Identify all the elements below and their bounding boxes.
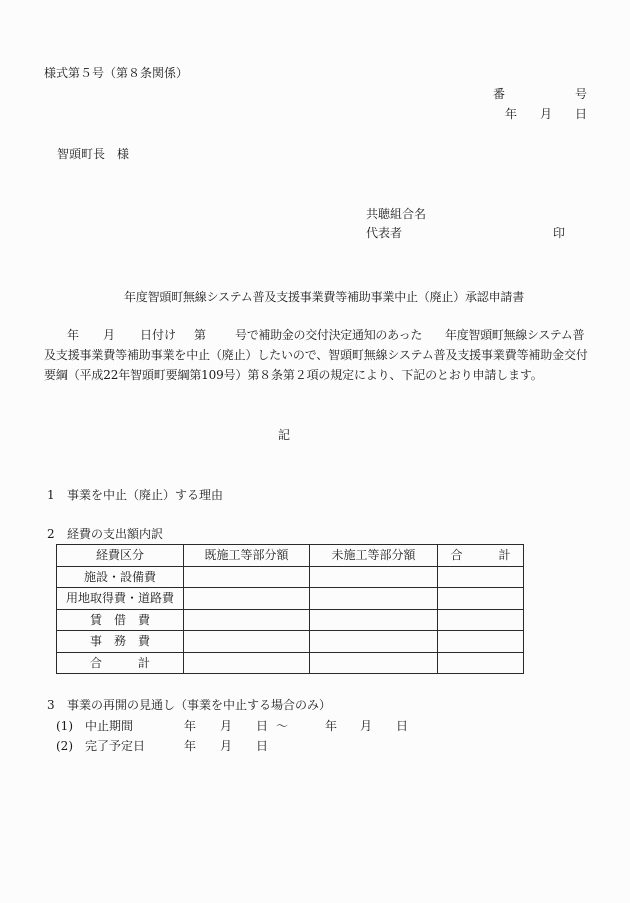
date-month-label: 月 bbox=[540, 107, 552, 121]
table-row: 事 務 費 bbox=[57, 631, 524, 653]
section-3-label: 事業の再開の見通し（事業を中止する場合のみ） bbox=[67, 698, 331, 712]
suspension-to-month: 月 bbox=[360, 719, 372, 733]
cell-uncompleted-amount[interactable] bbox=[310, 609, 438, 631]
document-number-suffix: 号 bbox=[575, 87, 587, 101]
table-row: 施設・設備費 bbox=[57, 566, 524, 588]
applicant-rep-label: 代表者 bbox=[366, 226, 402, 240]
row-category-land-road: 用地取得費・道路費 bbox=[57, 588, 184, 610]
suspension-to-year: 年 bbox=[325, 719, 337, 733]
cell-uncompleted-amount[interactable] bbox=[310, 631, 438, 653]
body-month-label: 月 bbox=[103, 328, 115, 342]
cell-total-amount[interactable] bbox=[438, 588, 524, 610]
date-year-label: 年 bbox=[505, 107, 517, 121]
cell-total-amount[interactable] bbox=[438, 609, 524, 631]
column-header-category: 経費区分 bbox=[57, 545, 184, 567]
suspension-from-day: 日 bbox=[256, 719, 268, 733]
cell-uncompleted-amount[interactable] bbox=[310, 566, 438, 588]
expense-breakdown-table: 経費区分 既施工等部分額 未施工等部分額 合 計 施設・設備費 用地取得費・道路… bbox=[56, 544, 524, 674]
section-2-label: 経費の支出額内訳 bbox=[67, 527, 163, 541]
form-number: 様式第５号（第８条関係） bbox=[44, 66, 188, 80]
cell-completed-amount[interactable] bbox=[184, 566, 310, 588]
body-dai-label: 第 bbox=[194, 328, 206, 342]
suspension-period-label: (1) 中止期間 bbox=[56, 719, 133, 733]
suspension-from-month: 月 bbox=[220, 719, 232, 733]
column-header-completed: 既施工等部分額 bbox=[184, 545, 310, 567]
seal-mark: 印 bbox=[553, 226, 565, 240]
cell-uncompleted-amount[interactable] bbox=[310, 588, 438, 610]
table-row: 合 計 bbox=[57, 652, 524, 674]
body-program-text: 年度智頭町無線システム普 bbox=[445, 328, 584, 342]
table-header-row: 経費区分 既施工等部分額 未施工等部分額 合 計 bbox=[57, 545, 524, 567]
body-dated-label: 日付け bbox=[140, 328, 176, 342]
completion-month: 月 bbox=[220, 739, 232, 753]
document-title: 年度智頭町無線システム普及支援事業費等補助事業中止（廃止）承認申請書 bbox=[124, 290, 524, 304]
cell-completed-amount[interactable] bbox=[184, 609, 310, 631]
cell-completed-amount[interactable] bbox=[184, 652, 310, 674]
cell-total-amount[interactable] bbox=[438, 631, 524, 653]
completion-year: 年 bbox=[184, 739, 196, 753]
body-year-label: 年 bbox=[67, 328, 79, 342]
cell-uncompleted-amount[interactable] bbox=[310, 652, 438, 674]
addressee: 智頭町長 様 bbox=[57, 147, 129, 161]
applicant-org-label: 共聴組合名 bbox=[366, 207, 426, 221]
column-header-uncompleted: 未施工等部分額 bbox=[310, 545, 438, 567]
table-row: 用地取得費・道路費 bbox=[57, 588, 524, 610]
row-category-rental: 賃 借 費 bbox=[57, 609, 184, 631]
completion-day: 日 bbox=[256, 739, 268, 753]
row-category-office: 事 務 費 bbox=[57, 631, 184, 653]
body-line-2: 及支援事業費等補助事業を中止（廃止）したいので、智頭町無線システム普及支援事業費… bbox=[44, 348, 590, 362]
cell-completed-amount[interactable] bbox=[184, 631, 310, 653]
cell-total-amount[interactable] bbox=[438, 652, 524, 674]
suspension-to-day: 日 bbox=[396, 719, 408, 733]
section-2-number: 2 bbox=[47, 527, 55, 541]
row-category-total: 合 計 bbox=[57, 652, 184, 674]
row-category-facilities: 施設・設備費 bbox=[57, 566, 184, 588]
completion-date-label: (2) 完了予定日 bbox=[56, 739, 145, 753]
suspension-from-year: 年 bbox=[184, 719, 196, 733]
suspension-range-tilde: ～ bbox=[276, 719, 288, 733]
document-number-label: 番 bbox=[493, 87, 505, 101]
table-row: 賃 借 費 bbox=[57, 609, 524, 631]
cell-completed-amount[interactable] bbox=[184, 588, 310, 610]
date-day-label: 日 bbox=[575, 107, 587, 121]
body-line-3: 要綱（平成22年智頭町要綱第109号）第８条第２項の規定により、下記のとおり申請… bbox=[44, 368, 590, 382]
section-3-number: 3 bbox=[47, 698, 55, 712]
section-1-number: 1 bbox=[47, 488, 55, 502]
cell-total-amount[interactable] bbox=[438, 566, 524, 588]
ki-heading: 記 bbox=[278, 428, 290, 442]
column-header-total: 合 計 bbox=[438, 545, 524, 567]
body-notice-text: 号で補助金の交付決定通知のあった bbox=[235, 328, 422, 342]
section-1-label: 事業を中止（廃止）する理由 bbox=[67, 488, 223, 502]
